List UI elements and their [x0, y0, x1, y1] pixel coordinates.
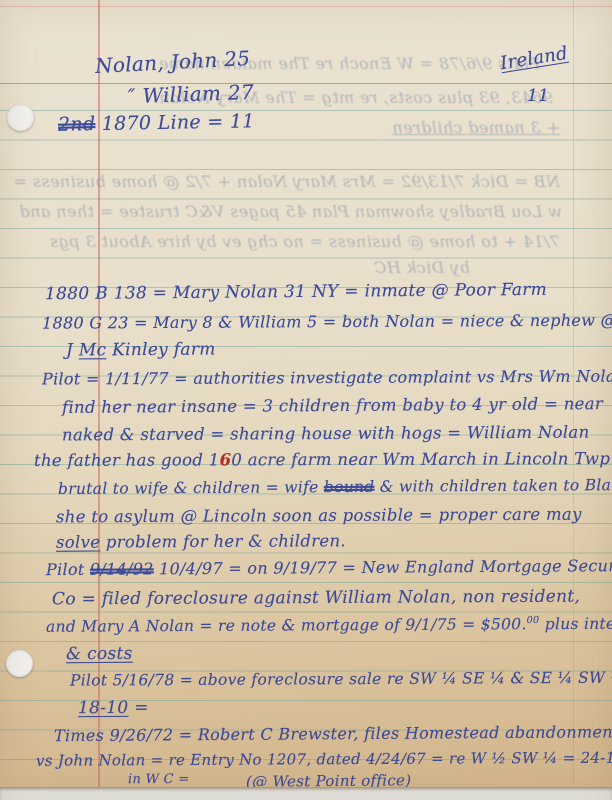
note-text-segment: 6	[220, 450, 232, 469]
note-text-segment: the father has good 1	[34, 450, 220, 470]
note-text-segment: in W C =	[128, 772, 190, 787]
note-text-segment: she to asylum @ Lincoln soon as possible…	[56, 505, 582, 527]
note-text-segment: naked & starved = sharing house with hog…	[62, 423, 590, 445]
note-text-segment: 1880 G 23 = Mary 8 & William 5 = both No…	[42, 310, 612, 332]
note-line: in W C =	[128, 772, 190, 787]
note-text-segment: Pilot 5/16/78 = above foreclosure sale r…	[70, 668, 612, 689]
note-line: brutal to wife & children = wife bound &…	[58, 476, 612, 498]
bleedthrough-line: + 3 named children	[330, 118, 560, 137]
note-text-segment: 9/14/92	[90, 559, 154, 578]
note-text-segment: Nolan, John 25	[94, 46, 250, 78]
note-line: 1880 B 138 = Mary Nolan 31 NY = inmate @…	[45, 280, 547, 304]
note-line: Pilot 5/16/78 = above foreclosure sale r…	[70, 668, 612, 689]
note-line: Times 9/26/72 = Robert C Brewster, files…	[54, 722, 612, 745]
note-text-segment: brutal to wife & children = wife	[58, 478, 324, 498]
note-text-segment: Pilot = 1/11/77 = authorities investigat…	[42, 366, 612, 388]
punch-hole-bottom	[6, 650, 33, 677]
note-text-segment: solve	[56, 533, 100, 552]
note-line: Pilot 9/14/92 10/4/97 = on 9/19/77 = New…	[46, 556, 612, 579]
bleedthrough-line: w Lou Bradley showman Plan 45 pages V&C …	[42, 202, 562, 221]
note-text-segment: Kinley farm	[106, 339, 215, 360]
note-line: & costs	[66, 644, 133, 664]
scanned-note-page: Plats 9/6/78 = W Enoch re The maiden nam…	[0, 0, 612, 800]
note-line: naked & starved = sharing house with hog…	[62, 423, 590, 445]
note-text-segment: 10/4/97 = on 9/19/77 = New England Mortg…	[154, 556, 612, 578]
note-text-segment: 2nd	[58, 113, 96, 136]
note-line: Pilot = 1/11/77 = authorities investigat…	[42, 366, 612, 388]
note-line: J Mc Kinley farm	[66, 339, 216, 360]
note-line: 2nd 1870 Line = 11	[58, 110, 255, 135]
note-line: the father has good 160 acre farm near W…	[34, 449, 612, 470]
note-text-segment: ″ William 27	[128, 80, 255, 108]
note-text-segment: Mc	[79, 340, 107, 360]
note-text-segment: find her near insane = 3 children from b…	[62, 394, 603, 417]
note-line: she to asylum @ Lincoln soon as possible…	[56, 505, 582, 527]
header-red-rule	[0, 83, 612, 84]
note-text-segment: 1880 B 138 = Mary Nolan 31 NY = inmate @…	[45, 280, 547, 304]
note-text-segment: Co = filed foreclosure against William N…	[52, 587, 580, 610]
note-line: and Mary A Nolan = re note & mortgage of…	[46, 614, 612, 635]
note-line: Nolan, John 25	[94, 46, 250, 78]
note-text-segment: J	[66, 340, 79, 360]
top-edge-red-rule	[0, 6, 612, 7]
note-text-segment: 0 acre farm near Wm March in Lincoln Twp…	[231, 449, 612, 469]
note-text-segment: Times 9/26/72 = Robert C Brewster, files…	[54, 722, 612, 745]
scanner-edge	[0, 787, 612, 800]
note-text-segment: Pilot	[46, 560, 90, 579]
bleedthrough-line: NB = Dick 7/13/92 = Mrs Mary Nolan + 7/2…	[48, 172, 560, 191]
note-line: 18-10 =	[78, 698, 149, 718]
note-line: ″ William 27	[128, 80, 255, 108]
note-text-segment: problem for her & children.	[100, 531, 346, 551]
note-text-segment: 00	[527, 615, 540, 626]
note-text-segment: vs John Nolan = re Entry No 1207, dated …	[36, 748, 612, 769]
bleedthrough-line: by Dick HC	[350, 258, 470, 277]
note-text-segment: 18-10	[78, 698, 129, 718]
note-line: find her near insane = 3 children from b…	[62, 394, 603, 417]
note-text-segment: bound	[324, 478, 375, 496]
punch-hole-top	[7, 104, 34, 131]
note-text-segment: & costs	[66, 644, 133, 664]
note-line: Co = filed foreclosure against William N…	[52, 587, 580, 610]
note-line: 1880 G 23 = Mary 8 & William 5 = both No…	[42, 310, 612, 332]
note-text-segment: 1870 Line = 11	[95, 110, 255, 135]
note-text-segment: =	[128, 698, 148, 718]
note-text-segment: 11	[527, 86, 549, 106]
bleedthrough-line: 7/14 + to home @ business = no chg ev by…	[40, 232, 560, 251]
note-text-segment: & with children taken to Blair	[374, 476, 612, 496]
note-line: solve problem for her & children.	[56, 531, 346, 552]
note-line: 11	[527, 86, 549, 106]
note-text-segment: and Mary A Nolan = re note & mortgage of…	[46, 615, 527, 636]
note-line: vs John Nolan = re Entry No 1207, dated …	[36, 748, 612, 769]
note-text-segment: plus interest	[539, 615, 612, 634]
